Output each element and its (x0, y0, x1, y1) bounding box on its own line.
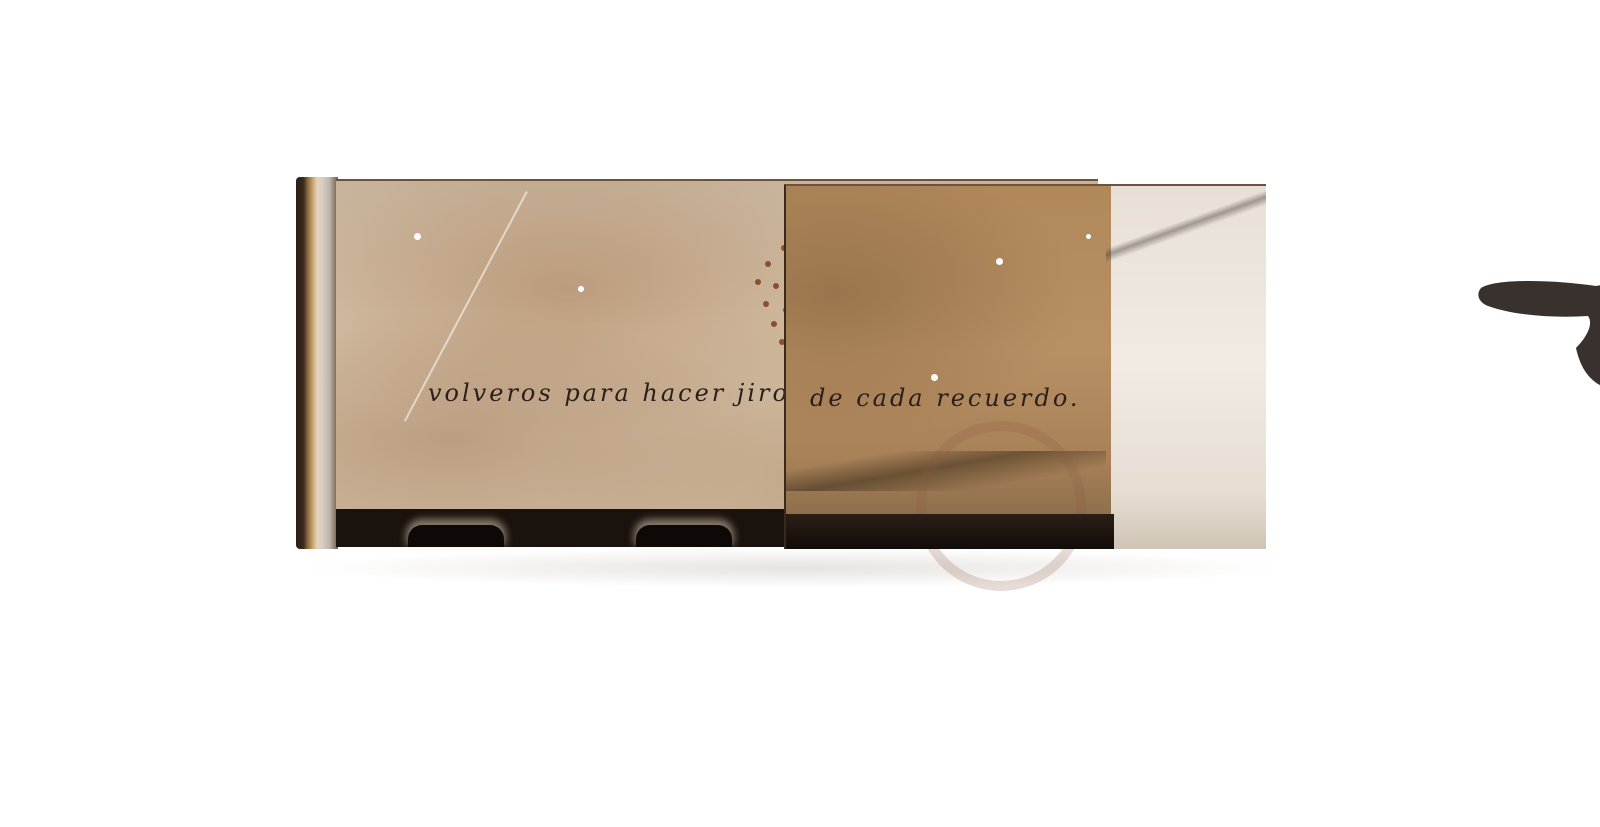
handwritten-text-right: de cada recuerdo. (810, 384, 1081, 412)
photograph: volveros para hacer jirones de cada recu… (0, 0, 1600, 827)
paint-splatter (996, 258, 1003, 265)
paint-splatter (414, 233, 421, 240)
coffee-ring-stain (916, 421, 1086, 591)
book-shadow (300, 548, 1290, 588)
pointing-hand-icon (1476, 276, 1600, 416)
handwritten-text-left: volveros para hacer jirones (428, 379, 841, 407)
film-strip (786, 514, 1114, 549)
sprocket-hole (408, 525, 504, 547)
right-page: de cada recuerdo. (784, 184, 1266, 549)
paint-splatter (578, 286, 584, 292)
paint-splatter (1086, 234, 1091, 239)
paint-splatter (931, 374, 938, 381)
open-book: volveros para hacer jirones de cada recu… (296, 177, 1288, 549)
diagonal-smudge (1106, 186, 1266, 266)
book-spine (296, 177, 338, 549)
sprocket-hole (636, 525, 732, 547)
